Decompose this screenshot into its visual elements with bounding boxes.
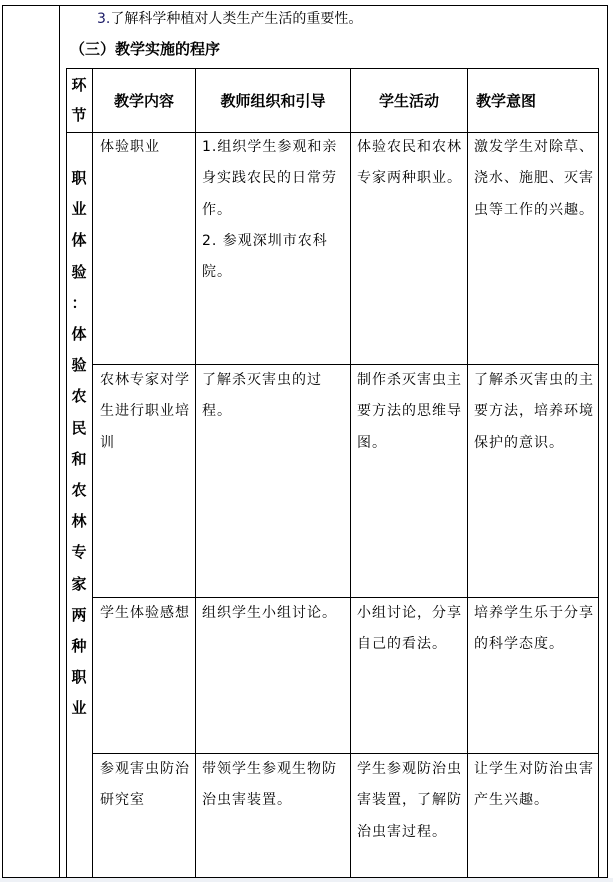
section-title: （三）教学实施的程序 (70, 38, 220, 60)
stage-char: ： (66, 288, 92, 319)
document-page: 3.了解科学种植对人类生产生活的重要性。 （三）教学实施的程序 环节 教学内容 … (0, 0, 613, 878)
teacher-step-2: 2. 参观深圳市农科院。 (202, 226, 348, 289)
stage-char: 两 (66, 600, 92, 631)
stage-char: 验 (66, 350, 92, 381)
stage-char: 农 (66, 381, 92, 412)
outer-border-divider (59, 5, 60, 878)
header-content: 教学内容 (93, 69, 195, 132)
outer-border-top (2, 5, 608, 6)
stage-label-vertical: 职 业 体 验 ： 体 验 农 民 和 农 林 专 家 两 种 职 业 (66, 163, 92, 725)
objective-text: 了解科学种植对人类生产生活的重要性。 (110, 11, 362, 27)
objective-item-3: 3.了解科学种植对人类生产生活的重要性。 (97, 9, 362, 29)
col-divider-2 (195, 68, 196, 878)
stage-char: 家 (66, 569, 92, 600)
col-divider-1 (92, 68, 93, 878)
cell-student: 学生参观防治虫害装置，了解防治虫害过程。 (357, 754, 465, 848)
header-intent: 教学意图 (468, 69, 598, 132)
stage-char: 农 (66, 475, 92, 506)
cell-content: 参观害虫防治研究室 (100, 754, 192, 817)
cell-intent: 了解杀灭害虫的主要方法，培养环境保护的意识。 (474, 365, 598, 459)
cell-teacher: 了解杀灭害虫的过程。 (202, 365, 348, 428)
stage-char: 体 (66, 319, 92, 350)
stage-char: 林 (66, 506, 92, 537)
stage-char: 体 (66, 225, 92, 256)
col-divider-3 (350, 68, 351, 878)
cell-teacher: 组织学生小组讨论。 (202, 598, 348, 629)
teacher-step-1: 1.组织学生参观和亲身实践农民的日常劳作。 (202, 132, 348, 226)
cell-content: 农林专家对学生进行职业培训 (100, 365, 192, 459)
outer-border-right (607, 5, 608, 878)
col-divider-4 (467, 68, 468, 878)
stage-char: 和 (66, 444, 92, 475)
cell-intent: 让学生对防治虫害产生兴趣。 (474, 754, 598, 817)
cell-teacher: 带领学生参观生物防治虫害装置。 (202, 754, 348, 817)
stage-char: 种 (66, 631, 92, 662)
header-teacher: 教师组织和引导 (196, 69, 350, 132)
cell-content: 学生体验感想 (100, 598, 192, 629)
stage-char: 业 (66, 693, 92, 724)
stage-char: 专 (66, 537, 92, 568)
cell-student: 体验农民和农林专家两种职业。 (357, 132, 465, 195)
stage-char: 民 (66, 413, 92, 444)
stage-char: 验 (66, 257, 92, 288)
outer-border-left (2, 5, 3, 878)
cell-student: 小组讨论，分享自己的看法。 (357, 598, 465, 661)
header-student: 学生活动 (351, 69, 467, 132)
cell-student: 制作杀灭害虫主要方法的思维导图。 (357, 365, 465, 459)
table-border-right (598, 68, 599, 878)
stage-char: 职 (66, 163, 92, 194)
objective-number: 3. (97, 11, 110, 27)
stage-char: 业 (66, 194, 92, 225)
cell-content: 体验职业 (100, 132, 192, 163)
cell-intent: 培养学生乐于分享的科学态度。 (474, 598, 598, 661)
cell-teacher: 1.组织学生参观和亲身实践农民的日常劳作。 2. 参观深圳市农科院。 (202, 132, 348, 288)
cell-intent: 激发学生对除草、浇水、施肥、灭害虫等工作的兴趣。 (474, 132, 598, 226)
header-stage: 环节 (66, 70, 92, 130)
stage-char: 职 (66, 662, 92, 693)
